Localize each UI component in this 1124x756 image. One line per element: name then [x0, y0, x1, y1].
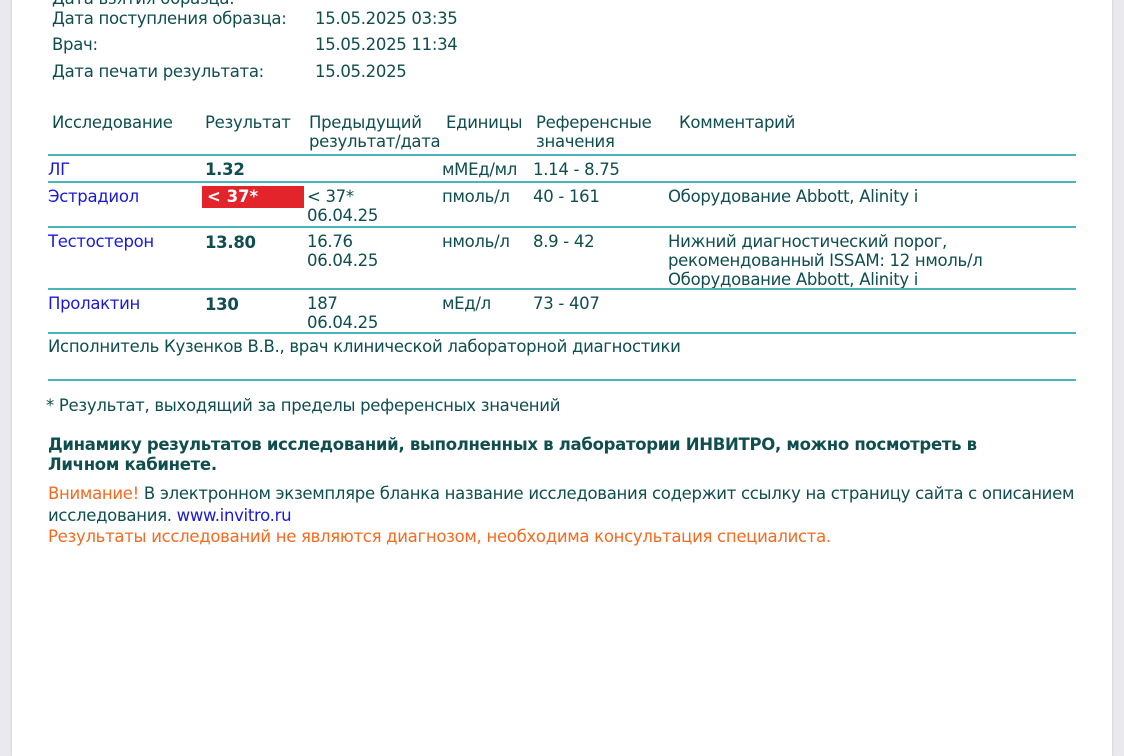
units: нмоль/л [442, 232, 510, 251]
dynamics-note-line2: Личном кабинете. [48, 455, 217, 474]
test-name-link[interactable]: Эстрадиол [48, 187, 139, 206]
result-value: 13.80 [205, 233, 256, 252]
header-units: Единицы [446, 113, 522, 132]
reference-range: 8.9 - 42 [533, 232, 594, 251]
header-result: Результат [205, 113, 291, 132]
result-value: 1.32 [205, 160, 245, 179]
divider [48, 288, 1076, 290]
warning-line2: исследования. www.invitro.ru [48, 506, 291, 525]
header-reference: Референсные значения [536, 113, 652, 151]
divider [48, 379, 1076, 381]
header-comment: Комментарий [679, 113, 795, 132]
previous-result: < 37* 06.04.25 [307, 187, 378, 225]
reference-range: 40 - 161 [533, 187, 600, 206]
meta-cut-label: Дата взятия образца: [52, 0, 234, 8]
test-name-link[interactable]: Пролактин [48, 294, 140, 313]
previous-result: 16.76 06.04.25 [307, 232, 378, 270]
warning-text: В электронном экземпляре бланка название… [139, 484, 1074, 503]
doctor-value: 15.05.2025 11:34 [315, 35, 457, 54]
invitro-link[interactable]: www.invitro.ru [177, 506, 292, 525]
test-name-link[interactable]: Тестостерон [48, 232, 154, 251]
divider [48, 332, 1076, 334]
print-date-label: Дата печати результата: [52, 62, 264, 81]
units: пмоль/л [442, 187, 510, 206]
disclaimer: Результаты исследований не являются диаг… [48, 527, 831, 546]
print-date-value: 15.05.2025 [315, 62, 406, 81]
performer: Исполнитель Кузенков В.В., врач клиничес… [48, 337, 681, 356]
dynamics-note-line1: Динамику результатов исследований, выпол… [48, 435, 977, 454]
header-previous: Предыдущий результат/дата [309, 113, 440, 151]
previous-result: 187 06.04.25 [307, 294, 378, 332]
test-name-link[interactable]: ЛГ [48, 160, 70, 179]
reference-range: 73 - 407 [533, 294, 600, 313]
warning-line1: Внимание! В электронном экземпляре бланк… [48, 484, 1074, 503]
header-test: Исследование [52, 113, 173, 132]
comment: Нижний диагностический порог, рекомендов… [668, 232, 982, 289]
lab-report-page: Дата взятия образца: Дата поступления об… [12, 0, 1112, 756]
divider [48, 181, 1076, 183]
units: мМЕд/мл [442, 160, 517, 179]
reference-range: 1.14 - 8.75 [533, 160, 620, 179]
out-of-range-result: < 37* [202, 186, 304, 208]
doctor-label: Врач: [52, 35, 98, 54]
units: мЕд/л [442, 294, 491, 313]
comment: Оборудование Abbott, Alinity i [668, 187, 918, 206]
divider [48, 154, 1076, 156]
sample-received-label: Дата поступления образца: [52, 9, 287, 28]
footnote: * Результат, выходящий за пределы рефере… [46, 396, 560, 415]
divider [48, 226, 1076, 228]
sample-received-value: 15.05.2025 03:35 [315, 9, 457, 28]
result-value: 130 [205, 295, 239, 314]
warning-text-cont: исследования. [48, 506, 177, 525]
warning-label: Внимание! [48, 484, 139, 503]
